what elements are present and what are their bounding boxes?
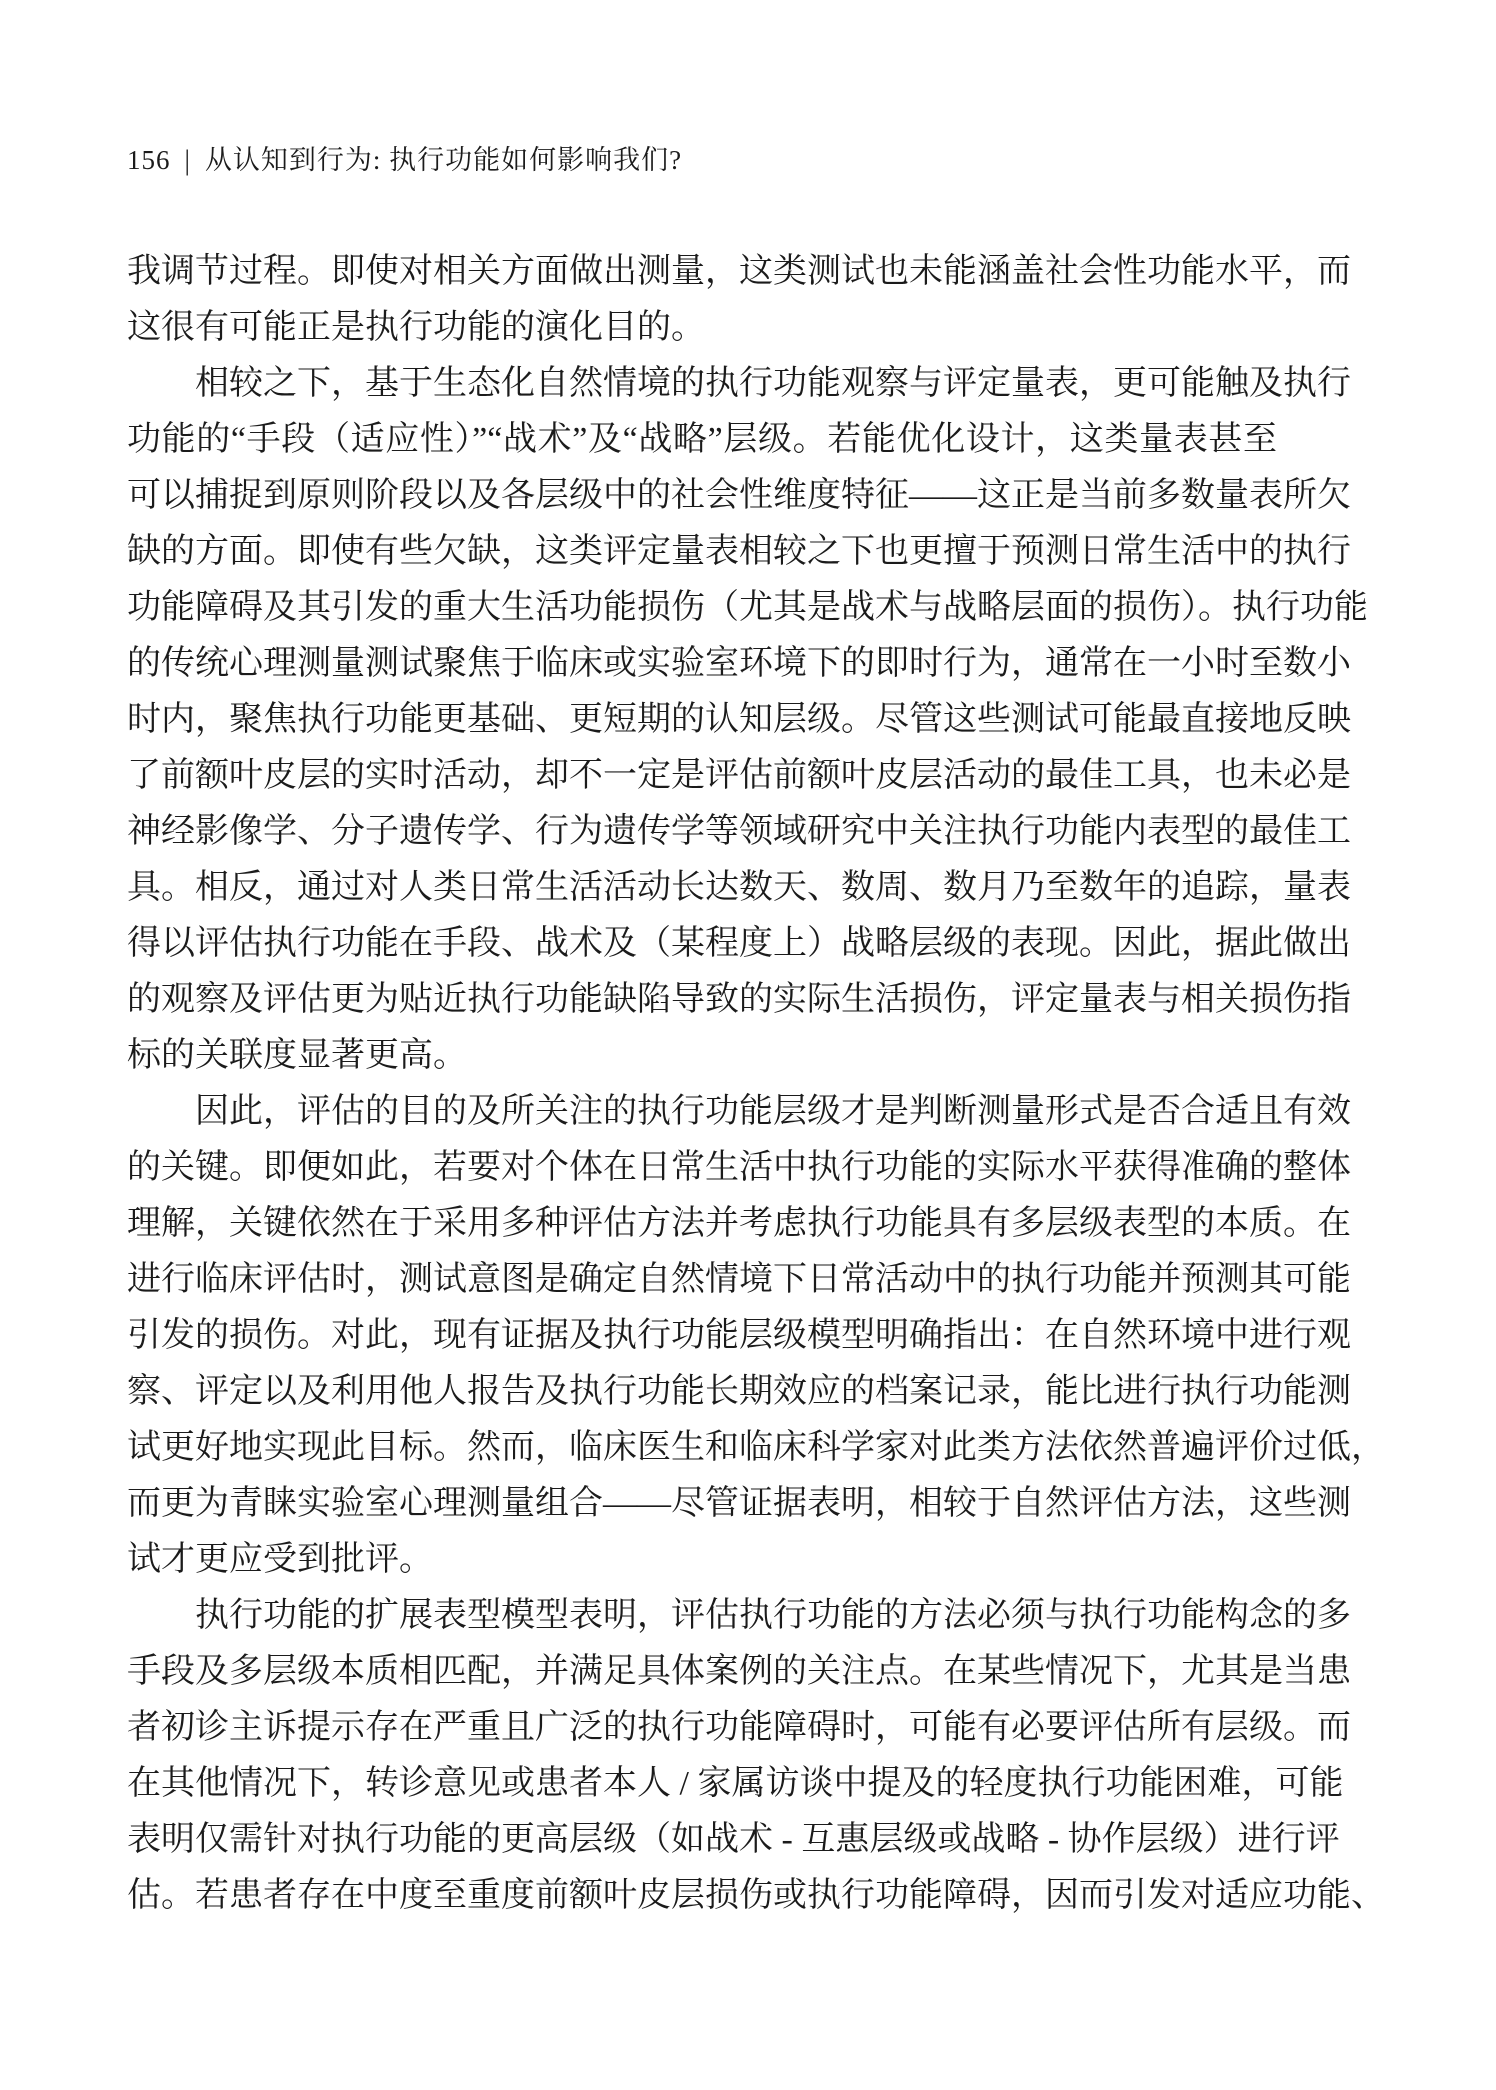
text-line: 可以捕捉到原则阶段以及各层级中的社会性维度特征——这正是当前多数量表所欠	[127, 468, 1277, 524]
text-line: 标的关联度显著更高。	[127, 1028, 1277, 1084]
text-line: 时内，聚焦执行功能更基础、更短期的认知层级。尽管这些测试可能最直接地反映	[127, 692, 1277, 748]
text-line: 因此，评估的目的及所关注的执行功能层级才是判断测量形式是否合适且有效	[127, 1084, 1277, 1140]
text-line: 执行功能的扩展表型模型表明，评估执行功能的方法必须与执行功能构念的多	[127, 1588, 1277, 1644]
text-line: 得以评估执行功能在手段、战术及（某程度上）战略层级的表现。因此，据此做出	[127, 916, 1277, 972]
text-line: 察、评定以及利用他人报告及执行功能长期效应的档案记录，能比进行执行功能测	[127, 1364, 1277, 1420]
text-line: 这很有可能正是执行功能的演化目的。	[127, 300, 1277, 356]
text-line: 在其他情况下，转诊意见或患者本人 / 家属访谈中提及的轻度执行功能困难，可能	[127, 1756, 1277, 1812]
header-separator: |	[185, 142, 191, 178]
text-line: 相较之下，基于生态化自然情境的执行功能观察与评定量表，更可能触及执行	[127, 356, 1277, 412]
text-line: 手段及多层级本质相匹配，并满足具体案例的关注点。在某些情况下，尤其是当患	[127, 1644, 1277, 1700]
text-line: 引发的损伤。对此，现有证据及执行功能层级模型明确指出：在自然环境中进行观	[127, 1308, 1277, 1364]
running-header: 156|从认知到行为: 执行功能如何影响我们?	[127, 143, 1277, 177]
text-line: 我调节过程。即使对相关方面做出测量，这类测试也未能涵盖社会性功能水平，而	[127, 244, 1277, 300]
text-line: 了前额叶皮层的实时活动，却不一定是评估前额叶皮层活动的最佳工具，也未必是	[127, 748, 1277, 804]
book-page: 156|从认知到行为: 执行功能如何影响我们? 我调节过程。即使对相关方面做出测…	[0, 0, 1496, 2090]
page-number: 156	[127, 145, 171, 175]
text-line: 神经影像学、分子遗传学、行为遗传学等领域研究中关注执行功能内表型的最佳工	[127, 804, 1277, 860]
book-title: 从认知到行为: 执行功能如何影响我们?	[205, 145, 682, 175]
text-line: 表明仅需针对执行功能的更高层级（如战术 - 互惠层级或战略 - 协作层级）进行评	[127, 1812, 1277, 1868]
text-line: 者初诊主诉提示存在严重且广泛的执行功能障碍时，可能有必要评估所有层级。而	[127, 1700, 1277, 1756]
text-line: 而更为青睐实验室心理测量组合——尽管证据表明，相较于自然评估方法，这些测	[127, 1476, 1277, 1532]
text-line: 进行临床评估时，测试意图是确定自然情境下日常活动中的执行功能并预测其可能	[127, 1252, 1277, 1308]
text-line: 缺的方面。即使有些欠缺，这类评定量表相较之下也更擅于预测日常生活中的执行	[127, 524, 1277, 580]
text-line: 的关键。即便如此，若要对个体在日常生活中执行功能的实际水平获得准确的整体	[127, 1140, 1277, 1196]
text-line: 具。相反，通过对人类日常生活活动长达数天、数周、数月乃至数年的追踪，量表	[127, 860, 1277, 916]
text-line: 功能障碍及其引发的重大生活功能损伤（尤其是战术与战略层面的损伤）。执行功能	[127, 580, 1277, 636]
text-line: 的传统心理测量测试聚焦于临床或实验室环境下的即时行为，通常在一小时至数小	[127, 636, 1277, 692]
text-line: 的观察及评估更为贴近执行功能缺陷导致的实际生活损伤，评定量表与相关损伤指	[127, 972, 1277, 1028]
text-line: 试更好地实现此目标。然而，临床医生和临床科学家对此类方法依然普遍评价过低，	[127, 1420, 1277, 1476]
body-text: 我调节过程。即使对相关方面做出测量，这类测试也未能涵盖社会性功能水平，而这很有可…	[127, 244, 1277, 1924]
text-line: 试才更应受到批评。	[127, 1532, 1277, 1588]
text-line: 估。若患者存在中度至重度前额叶皮层损伤或执行功能障碍，因而引发对适应功能、	[127, 1868, 1277, 1924]
text-line: 理解，关键依然在于采用多种评估方法并考虑执行功能具有多层级表型的本质。在	[127, 1196, 1277, 1252]
text-line: 功能的“手段（适应性）”“战术”及“战略”层级。若能优化设计，这类量表甚至	[127, 412, 1277, 468]
